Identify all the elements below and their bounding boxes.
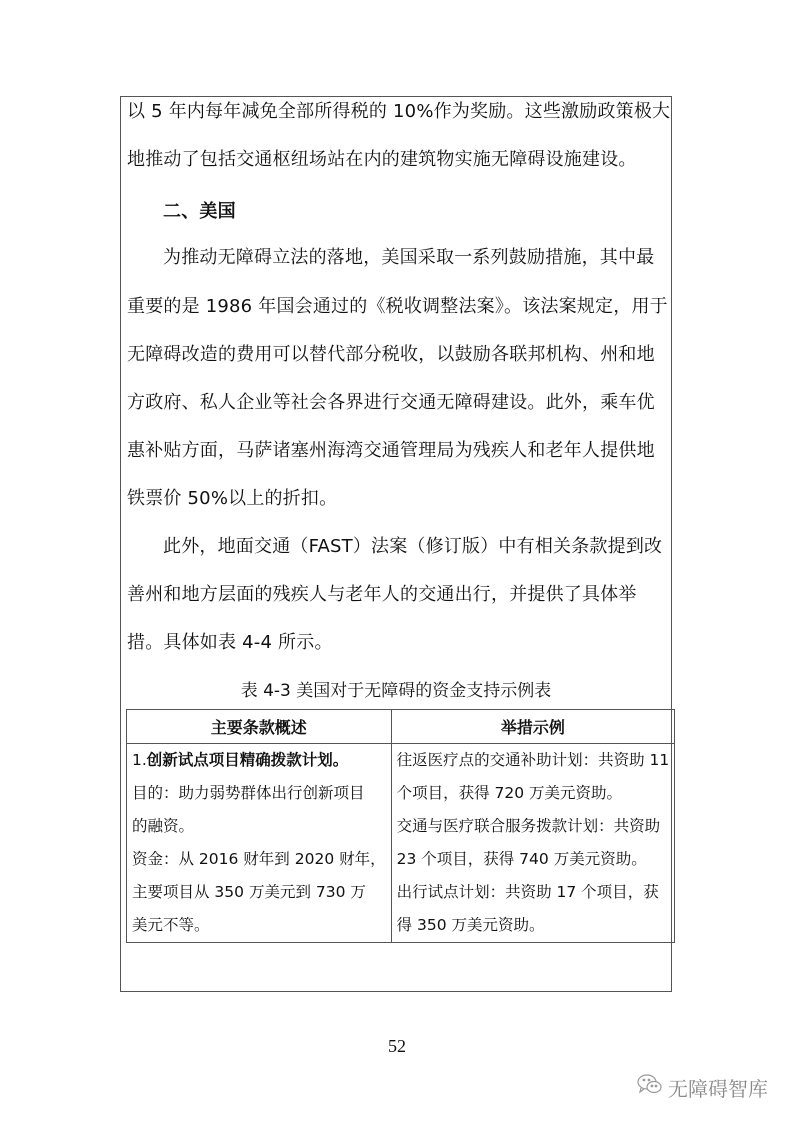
body-line: 铁票价 50%以上的折扣。 xyxy=(127,487,667,511)
cell-line: 交通与医疗联合服务拨款计划：共资助 xyxy=(397,810,670,843)
cell-line: 23 个项目，获得 740 万美元资助。 xyxy=(397,843,670,876)
body-line: 方政府、私人企业等社会各界进行交通无障碍建设。此外，乘车优 xyxy=(127,391,667,415)
body-line: 此外，地面交通（FAST）法案（修订版）中有相关条款提到改 xyxy=(163,535,703,559)
funding-support-table: 主要条款概述 举措示例 1.创新试点项目精确拨款计划。 目的：助力弱势群体出行创… xyxy=(126,709,675,943)
provision-title-text: 创新试点项目精确拨款计划。 xyxy=(147,751,349,769)
body-line: 地推动了包括交通枢纽场站在内的建筑物实施无障碍设施建设。 xyxy=(127,148,667,172)
body-line: 善州和地方层面的残疾人与老年人的交通出行，并提供了具体举 xyxy=(127,583,667,607)
cell-line: 出行试点计划：共资助 17 个项目，获 xyxy=(397,876,670,909)
cell-line: 主要项目从 350 万美元到 730 万 xyxy=(132,876,386,909)
watermark-text: 无障碍智库 xyxy=(668,1073,768,1102)
cell-line: 美元不等。 xyxy=(132,909,386,942)
measures-cell: 往返医疗点的交通补助计划：共资助 11 个项目，获得 720 万美元资助。 交通… xyxy=(391,744,675,943)
body-line: 重要的是 1986 年国会通过的《税收调整法案》。该法案规定，用于 xyxy=(127,295,667,319)
cell-line: 往返医疗点的交通补助计划：共资助 11 xyxy=(397,744,670,777)
cell-line: 资金：从 2016 财年到 2020 财年， xyxy=(132,843,386,876)
provision-number: 1. xyxy=(132,751,147,769)
body-line: 无障碍改造的费用可以替代部分税收，以鼓励各联邦机构、州和地 xyxy=(127,343,667,367)
provision-title: 1.创新试点项目精确拨款计划。 xyxy=(132,744,386,777)
table-header-row: 主要条款概述 举措示例 xyxy=(127,710,675,744)
page-number: 52 xyxy=(0,1036,794,1057)
cell-line: 个项目，获得 720 万美元资助。 xyxy=(397,777,670,810)
column-header-measures: 举措示例 xyxy=(391,710,675,744)
body-line: 为推动无障碍立法的落地，美国采取一系列鼓励措施，其中最 xyxy=(163,246,703,270)
watermark: 无障碍智库 xyxy=(636,1073,768,1102)
cell-line: 的融资。 xyxy=(132,810,386,843)
table-caption: 表 4-3 美国对于无障碍的资金支持示例表 xyxy=(120,676,672,701)
body-line: 惠补贴方面，马萨诸塞州海湾交通管理局为残疾人和老年人提供地 xyxy=(127,439,667,463)
wechat-icon xyxy=(636,1073,664,1102)
cell-line: 得 350 万美元资助。 xyxy=(397,909,670,942)
body-line: 以 5 年内每年减免全部所得税的 10%作为奖励。这些激励政策极大 xyxy=(127,100,667,124)
column-header-provisions: 主要条款概述 xyxy=(127,710,392,744)
table-row: 1.创新试点项目精确拨款计划。 目的：助力弱势群体出行创新项目 的融资。 资金：… xyxy=(127,744,675,943)
provisions-cell: 1.创新试点项目精确拨款计划。 目的：助力弱势群体出行创新项目 的融资。 资金：… xyxy=(127,744,392,943)
body-line: 措。具体如表 4-4 所示。 xyxy=(127,631,667,655)
section-heading: 二、美国 xyxy=(163,200,703,224)
cell-line: 目的：助力弱势群体出行创新项目 xyxy=(132,777,386,810)
